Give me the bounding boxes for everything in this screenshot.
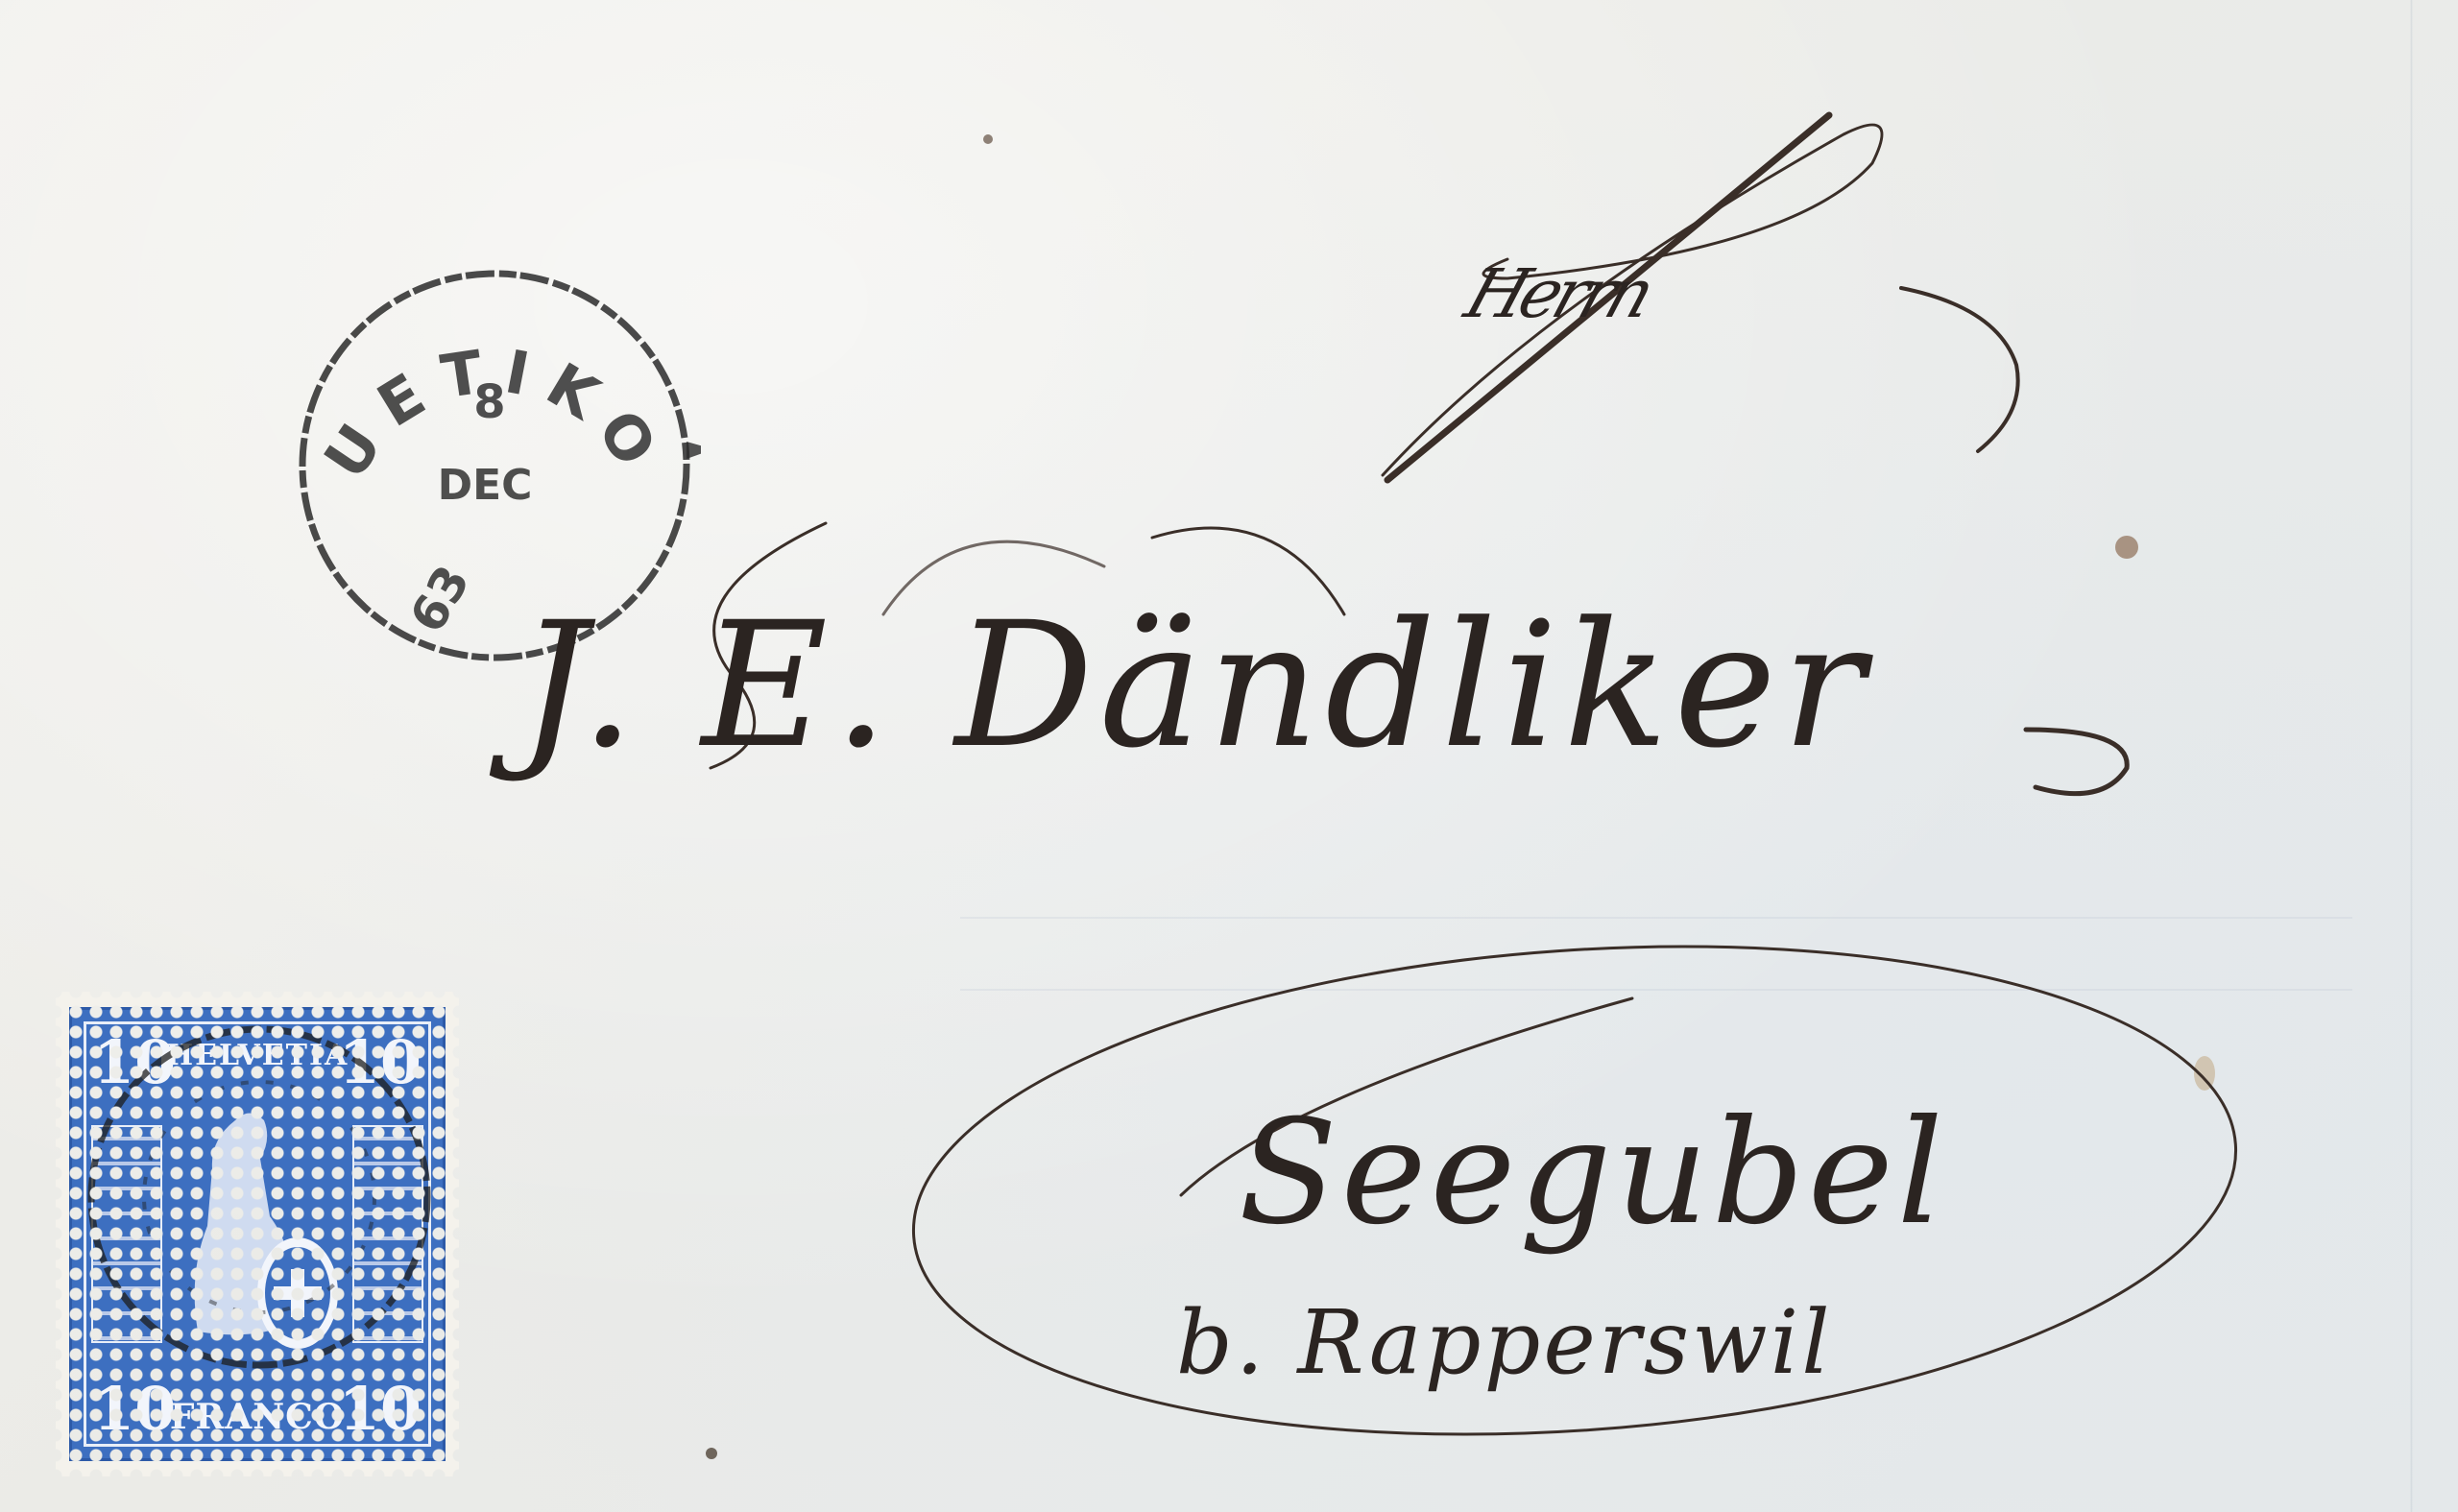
recipient-name: J. E. Dändliker	[518, 586, 1870, 786]
postmark-year: 63	[399, 556, 481, 641]
foxing-spot	[2115, 536, 2138, 559]
salutation: Herrn	[1457, 254, 1659, 333]
paper-fold	[2410, 0, 2413, 1512]
postmark-month: DEC	[438, 461, 533, 510]
foxing-spot	[706, 1448, 717, 1459]
postmark-day: 8	[473, 375, 505, 429]
foxing-spot	[983, 134, 993, 144]
destination-place: Seegubel	[1239, 1090, 1947, 1257]
destination-sub-place: b. Rapperswil	[1176, 1291, 1833, 1394]
stamp-cancellation	[62, 1000, 485, 1423]
postage-stamp: 10 10 10 10 HELVETIA FRANCO	[56, 992, 459, 1476]
show-through-line	[960, 989, 2352, 991]
foxing-spot	[2194, 1056, 2215, 1091]
show-through-line	[960, 917, 2352, 919]
stamp-design: 10 10 10 10 HELVETIA FRANCO	[69, 1007, 446, 1461]
